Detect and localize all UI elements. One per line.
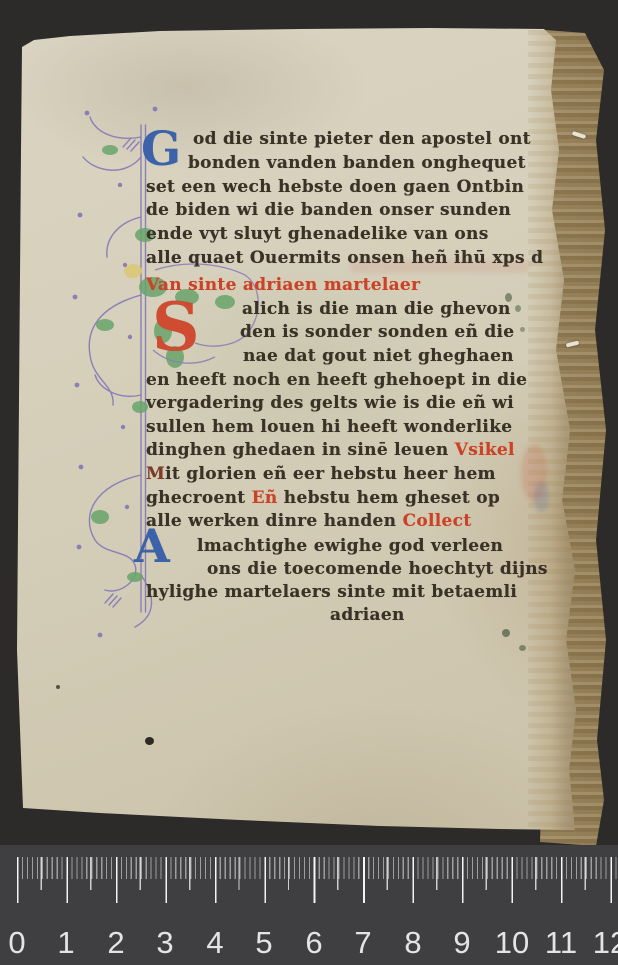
initial-s: S — [152, 294, 200, 360]
manuscript-text-line: alle werken dinre handen Collect — [146, 511, 471, 531]
manuscript-text: dinghen ghedaen in sinē leuen — [146, 440, 455, 460]
manuscript-text: de biden wi die banden onser sunden — [146, 200, 511, 220]
manuscript-text: lmachtighe ewighe god verleen — [197, 536, 503, 556]
manuscript-text: vergadering des gelts wie is die eñ wi — [146, 393, 514, 413]
manuscript-text-line: den is sonder sonden eñ die — [240, 322, 514, 342]
manuscript-photo: od die sinte pieter den apostel ontbonde… — [0, 0, 618, 965]
manuscript-text-line: od die sinte pieter den apostel ont — [193, 129, 531, 149]
manuscript-text: ghecroent — [146, 488, 252, 508]
manuscript-text-line: bonden vanden banden onghequet — [188, 153, 526, 173]
ruler-number: 7 — [354, 925, 371, 961]
manuscript-text: alle quaet Ouermits onsen heñ ihū xps d — [146, 248, 543, 268]
stain-speck — [515, 305, 521, 312]
manuscript-text-line: hylighe martelaers sinte mit betaemli — [146, 582, 517, 602]
manuscript-text: it glorien eñ eer hebstu heer hem — [165, 464, 496, 484]
manuscript-text-line: ghecroent Eñ hebstu hem gheset op — [146, 488, 500, 508]
show-through-smudge — [534, 482, 549, 512]
manuscript-text-line: adriaen — [330, 605, 405, 625]
ruler-number: 10 — [495, 925, 529, 961]
manuscript-text-line: en heeft noch en heeft ghehoept in die — [146, 370, 527, 390]
stain-speck — [502, 629, 510, 637]
manuscript-text: set een wech hebste doen gaen Ontbin — [146, 177, 524, 197]
ruler-number: 3 — [156, 925, 173, 961]
manuscript-text: hylighe martelaers sinte mit betaemli — [146, 582, 517, 602]
manuscript-text-line: vergadering des gelts wie is die eñ wi — [146, 393, 514, 413]
manuscript-text: ende vyt sluyt ghenadelike van ons — [146, 224, 489, 244]
ruler-number: 1 — [57, 925, 74, 961]
manuscript-text-line: ende vyt sluyt ghenadelike van ons — [146, 224, 489, 244]
ruler-number: 6 — [305, 925, 322, 961]
stain-speck — [519, 645, 526, 651]
manuscript-text: alle werken dinre handen — [146, 511, 403, 531]
ruler-number: 9 — [453, 925, 470, 961]
ruler-number: 8 — [404, 925, 421, 961]
manuscript-text: sullen hem louen hi heeft wonderlike — [146, 417, 512, 437]
manuscript-text: en heeft noch en heeft ghehoept in die — [146, 370, 527, 390]
ruler-number: 12 — [593, 925, 618, 961]
manuscript-text: den is sonder sonden eñ die — [240, 322, 514, 342]
manuscript-text-line: set een wech hebste doen gaen Ontbin — [146, 177, 524, 197]
ruler-number: 2 — [107, 925, 124, 961]
manuscript-text: od die sinte pieter den apostel ont — [193, 129, 531, 149]
manuscript-text: alich is die man die ghevon — [242, 299, 511, 319]
stain-speck — [56, 685, 60, 689]
initial-g: G — [141, 126, 181, 173]
rubric-text: Eñ — [252, 488, 278, 508]
manuscript-text: bonden vanden banden onghequet — [188, 153, 526, 173]
manuscript-text-line: alich is die man die ghevon — [242, 299, 511, 319]
initial-a: A — [134, 523, 170, 569]
manuscript-text-line: lmachtighe ewighe god verleen — [197, 536, 503, 556]
manuscript-text-line: dinghen ghedaen in sinē leuen Vsikel — [146, 440, 515, 460]
manuscript-text-line: nae dat gout niet gheghaen — [243, 346, 514, 366]
manuscript-text: M — [146, 464, 165, 484]
stain-speck — [145, 737, 154, 745]
ruler-number: 5 — [255, 925, 272, 961]
stain-speck — [520, 327, 525, 332]
rubric-text: Collect — [403, 511, 472, 531]
parchment-page: od die sinte pieter den apostel ontbonde… — [0, 0, 618, 965]
manuscript-text-line: ons die toecomende hoechtyt dijns — [207, 559, 548, 579]
manuscript-text-line: alle quaet Ouermits onsen heñ ihū xps d — [146, 248, 543, 268]
gold-blob — [124, 264, 142, 278]
rubric-text: Vsikel — [455, 440, 515, 460]
ruler-major-ticks — [17, 857, 617, 903]
ruler-number: 4 — [206, 925, 223, 961]
manuscript-text-line: de biden wi die banden onser sunden — [146, 200, 511, 220]
ruler-number: 11 — [545, 925, 577, 961]
manuscript-text: hebstu hem gheset op — [278, 488, 501, 508]
manuscript-text: nae dat gout niet gheghaen — [243, 346, 514, 366]
manuscript-text: ons die toecomende hoechtyt dijns — [207, 559, 548, 579]
manuscript-text-line: Mit glorien eñ eer hebstu heer hem — [146, 464, 496, 484]
ruler-number: 0 — [8, 925, 25, 961]
manuscript-text: adriaen — [330, 605, 405, 625]
manuscript-text-line: sullen hem louen hi heeft wonderlike — [146, 417, 512, 437]
